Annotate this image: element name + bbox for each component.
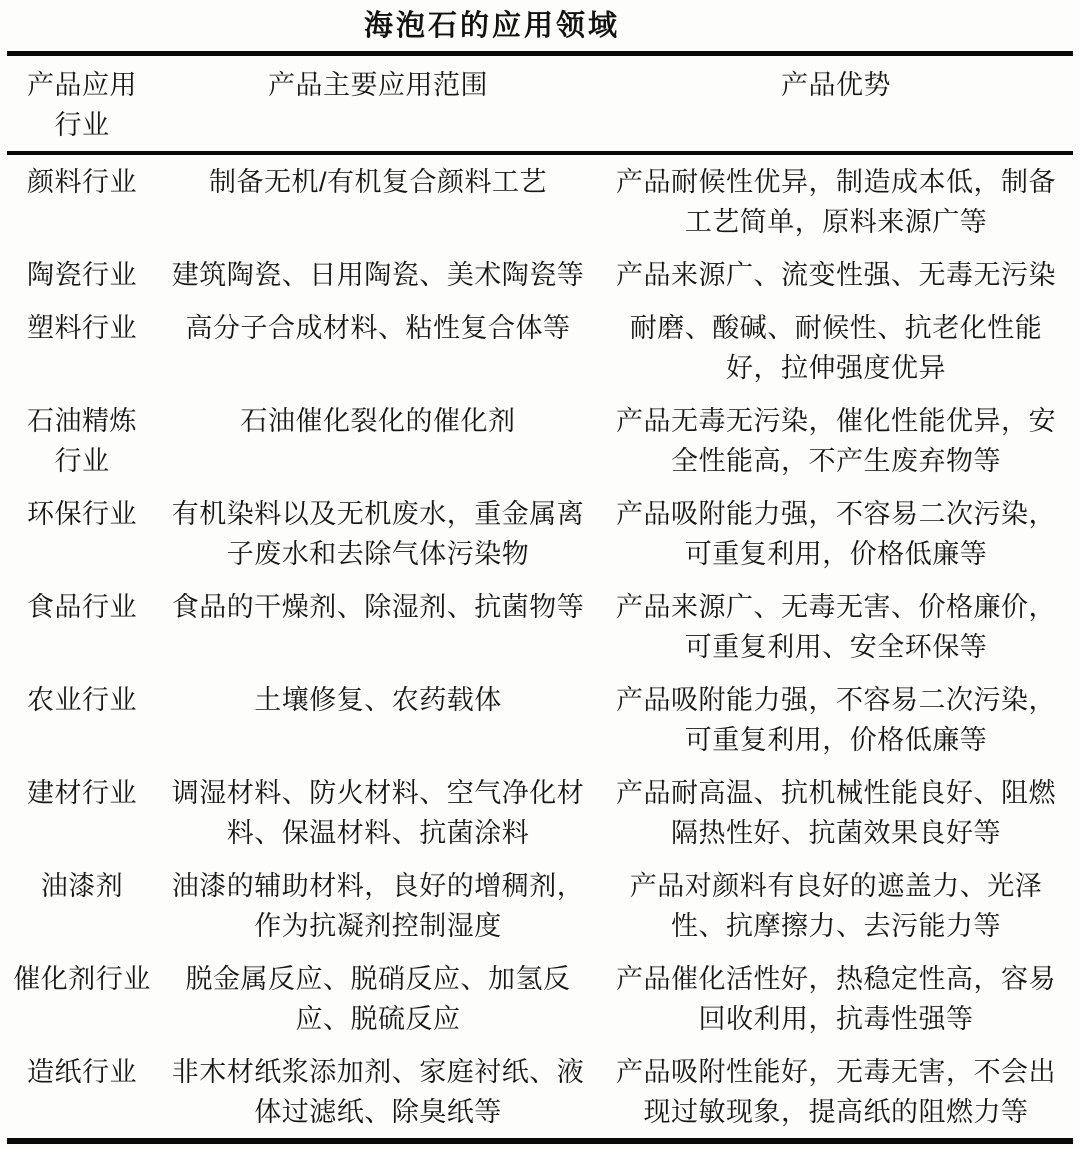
table-row: 油漆剂油漆的辅助材料，良好的增稠剂，作为抗凝剂控制湿度产品对颜料有良好的遮盖力、… <box>7 859 1073 952</box>
table-row: 食品行业食品的干燥剂、除湿剂、抗菌物等产品来源广、无毒无害、价格廉价，可重复利用… <box>7 580 1073 673</box>
application-table: 产品应用 行业 产品主要应用范围 产品优势 颜料行业制备无机/有机复合颜料工艺产… <box>7 51 1073 1144</box>
industry-cell: 农业行业 <box>7 673 157 766</box>
table-row: 塑料行业高分子合成材料、粘性复合体等耐磨、酸碱、耐候性、抗老化性能好，拉伸强度优… <box>7 301 1073 394</box>
advantage-cell: 产品耐候性优异，制造成本低，制备工艺简单，原料来源广等 <box>599 153 1073 248</box>
scope-cell: 建筑陶瓷、日用陶瓷、美术陶瓷等 <box>157 248 599 301</box>
scope-cell: 高分子合成材料、粘性复合体等 <box>157 301 599 394</box>
advantage-cell: 产品吸附能力强，不容易二次污染，可重复利用，价格低廉等 <box>599 487 1073 580</box>
scope-cell: 调湿材料、防火材料、空气净化材料、保温材料、抗菌涂料 <box>157 766 599 859</box>
scope-cell: 制备无机/有机复合颜料工艺 <box>157 153 599 248</box>
table-body: 颜料行业制备无机/有机复合颜料工艺产品耐候性优异，制造成本低，制备工艺简单，原料… <box>7 153 1073 1141</box>
scope-cell: 油漆的辅助材料，良好的增稠剂，作为抗凝剂控制湿度 <box>157 859 599 952</box>
table-row: 催化剂行业脱金属反应、脱硝反应、加氢反应、脱硫反应产品催化活性好，热稳定性高，容… <box>7 952 1073 1045</box>
table-title: 海泡石的应用领域 <box>0 4 984 48</box>
industry-cell: 石油精炼 行业 <box>7 394 157 487</box>
table-row: 造纸行业非木材纸浆添加剂、家庭衬纸、液体过滤纸、除臭纸等产品吸附性能好，无毒无害… <box>7 1045 1073 1141</box>
table-row: 石油精炼 行业石油催化裂化的催化剂产品无毒无污染，催化性能优异，安全性能高，不产… <box>7 394 1073 487</box>
advantage-cell: 产品吸附性能好，无毒无害，不会出现过敏现象，提高纸的阻燃力等 <box>599 1045 1073 1141</box>
table-row: 农业行业土壤修复、农药载体产品吸附能力强，不容易二次污染，可重复利用，价格低廉等 <box>7 673 1073 766</box>
table-row: 颜料行业制备无机/有机复合颜料工艺产品耐候性优异，制造成本低，制备工艺简单，原料… <box>7 153 1073 248</box>
industry-cell: 油漆剂 <box>7 859 157 952</box>
scope-cell: 有机染料以及无机废水，重金属离子废水和去除气体污染物 <box>157 487 599 580</box>
table-row: 环保行业有机染料以及无机废水，重金属离子废水和去除气体污染物产品吸附能力强，不容… <box>7 487 1073 580</box>
table-row: 建材行业调湿材料、防火材料、空气净化材料、保温材料、抗菌涂料产品耐高温、抗机械性… <box>7 766 1073 859</box>
document-page: 海泡石的应用领域 产品应用 行业 产品主要应用范围 产品优势 颜料行业制备无机/… <box>0 0 1080 1149</box>
header-scope: 产品主要应用范围 <box>157 54 599 154</box>
advantage-cell: 产品来源广、流变性强、无毒无污染 <box>599 248 1073 301</box>
table-header: 产品应用 行业 产品主要应用范围 产品优势 <box>7 54 1073 154</box>
industry-cell: 陶瓷行业 <box>7 248 157 301</box>
industry-cell: 催化剂行业 <box>7 952 157 1045</box>
header-industry: 产品应用 行业 <box>7 54 157 154</box>
scope-cell: 土壤修复、农药载体 <box>157 673 599 766</box>
advantage-cell: 产品对颜料有良好的遮盖力、光泽性、抗摩擦力、去污能力等 <box>599 859 1073 952</box>
header-advantage: 产品优势 <box>599 54 1073 154</box>
industry-cell: 塑料行业 <box>7 301 157 394</box>
industry-cell: 建材行业 <box>7 766 157 859</box>
industry-cell: 造纸行业 <box>7 1045 157 1141</box>
industry-cell: 颜料行业 <box>7 153 157 248</box>
advantage-cell: 产品来源广、无毒无害、价格廉价，可重复利用、安全环保等 <box>599 580 1073 673</box>
advantage-cell: 产品吸附能力强，不容易二次污染，可重复利用，价格低廉等 <box>599 673 1073 766</box>
table-row: 陶瓷行业建筑陶瓷、日用陶瓷、美术陶瓷等产品来源广、流变性强、无毒无污染 <box>7 248 1073 301</box>
scope-cell: 食品的干燥剂、除湿剂、抗菌物等 <box>157 580 599 673</box>
scope-cell: 脱金属反应、脱硝反应、加氢反应、脱硫反应 <box>157 952 599 1045</box>
advantage-cell: 产品催化活性好，热稳定性高，容易回收利用，抗毒性强等 <box>599 952 1073 1045</box>
header-row: 产品应用 行业 产品主要应用范围 产品优势 <box>7 54 1073 154</box>
scope-cell: 非木材纸浆添加剂、家庭衬纸、液体过滤纸、除臭纸等 <box>157 1045 599 1141</box>
industry-cell: 食品行业 <box>7 580 157 673</box>
scope-cell: 石油催化裂化的催化剂 <box>157 394 599 487</box>
industry-cell: 环保行业 <box>7 487 157 580</box>
advantage-cell: 产品耐高温、抗机械性能良好、阻燃隔热性好、抗菌效果良好等 <box>599 766 1073 859</box>
advantage-cell: 耐磨、酸碱、耐候性、抗老化性能好，拉伸强度优异 <box>599 301 1073 394</box>
advantage-cell: 产品无毒无污染，催化性能优异，安全性能高，不产生废弃物等 <box>599 394 1073 487</box>
